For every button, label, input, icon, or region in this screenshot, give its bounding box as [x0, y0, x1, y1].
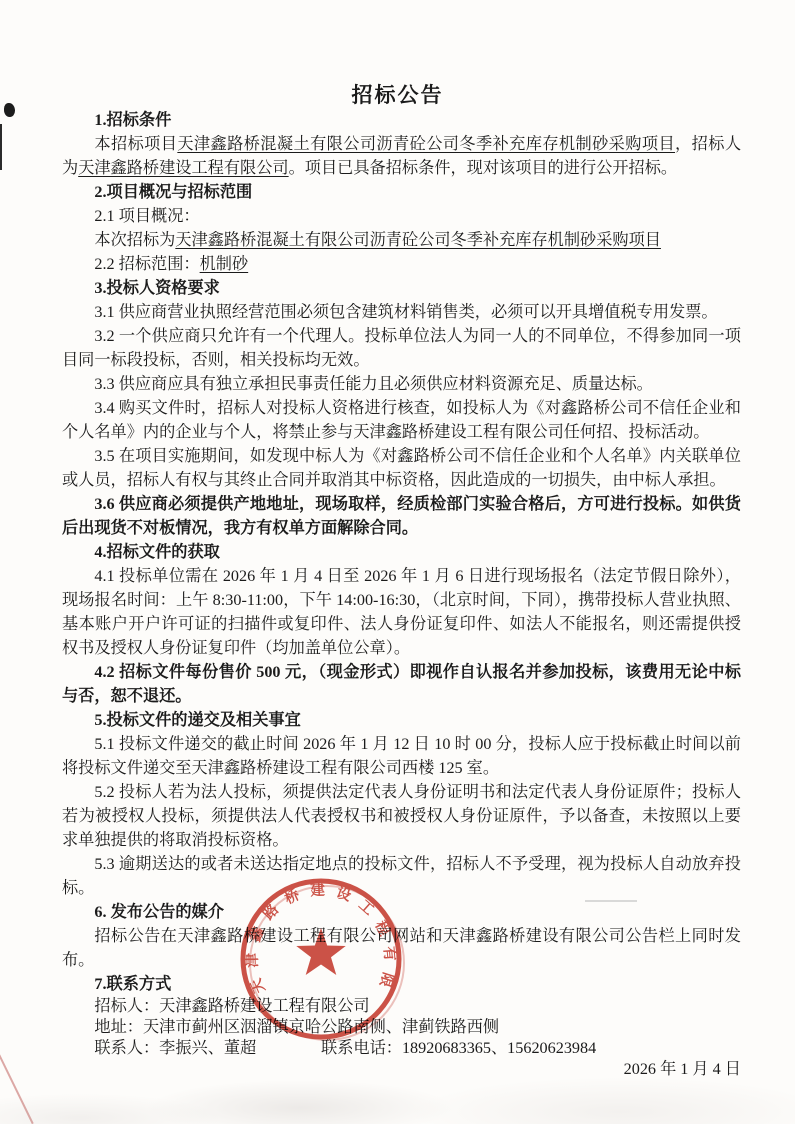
- heading-3: 3.投标人资格要求: [62, 276, 741, 300]
- scan-artifact-vertical-line: [0, 124, 2, 170]
- para-3-5: 3.5 在项目实施期间，如发现中标人为《对鑫路桥公司不信任企业和个人名单》内关联…: [62, 444, 741, 492]
- para-5-2: 5.2 投标人若为法人投标，须提供法定代表人身份证明书和法定代表人身份证原件；投…: [62, 780, 741, 852]
- para-5-3: 5.3 逾期送达的或者未送达指定地点的投标文件，招标人不予受理，视为投标人自动放…: [62, 852, 741, 900]
- contact-persons: 联系人：李振兴、董超 联系电话：18920683365、15620623984: [62, 1038, 741, 1059]
- para-3-2: 3.2 一个供应商只允许有一个代理人。投标单位法人为同一人的不同单位，不得参加同…: [62, 324, 741, 372]
- para-4-2: 4.2 招标文件每份售价 500 元，（现金形式）即视作自认报名并参加投标，该费…: [62, 660, 741, 708]
- document-body: 1.招标条件本招标项目天津鑫路桥混凝土有限公司沥青砼公司冬季补充库存机制砂采购项…: [62, 108, 741, 1080]
- para-3-4: 3.4 购买文件时，招标人对投标人资格进行核查，如投标人为《对鑫路桥公司不信任企…: [62, 396, 741, 444]
- heading-1: 1.招标条件: [62, 108, 741, 132]
- para-2-1-label: 2.1 项目概况：: [62, 204, 741, 228]
- heading-7: 7.联系方式: [62, 972, 741, 996]
- para-2-1-body: 本次招标为天津鑫路桥混凝土有限公司沥青砼公司冬季补充库存机制砂采购项目: [62, 228, 741, 252]
- contact-bidder: 招标人：天津鑫路桥建设工程有限公司: [62, 996, 741, 1017]
- para-3-3: 3.3 供应商应具有独立承担民事责任能力且必须供应材料资源充足、质量达标。: [62, 372, 741, 396]
- para-1-1: 本招标项目天津鑫路桥混凝土有限公司沥青砼公司冬季补充库存机制砂采购项目，招标人为…: [62, 132, 741, 180]
- page-title: 招标公告: [0, 82, 795, 108]
- para-2-2: 2.2 招标范围：机制砂: [62, 252, 741, 276]
- para-5-1: 5.1 投标文件递交的截止时间 2026 年 1 月 12 日 10 时 00 …: [62, 732, 741, 780]
- contact-address: 地址：天津市蓟州区洇溜镇京哈公路南侧、津蓟铁路西侧: [62, 1017, 741, 1038]
- para-3-1: 3.1 供应商营业执照经营范围必须包含建筑材料销售类，必须可以开具增值税专用发票…: [62, 300, 741, 324]
- heading-6: 6. 发布公告的媒介: [62, 900, 741, 924]
- para-4-1: 4.1 投标单位需在 2026 年 1 月 4 日至 2026 年 1 月 6 …: [62, 564, 741, 660]
- scanned-tender-notice-page: 招标公告 1.招标条件本招标项目天津鑫路桥混凝土有限公司沥青砼公司冬季补充库存机…: [0, 0, 795, 1124]
- heading-4: 4.招标文件的获取: [62, 540, 741, 564]
- scan-artifact-diagonal-line: [0, 1046, 34, 1124]
- date-line: 2026 年 1 月 4 日: [62, 1059, 741, 1080]
- heading-5: 5.投标文件的递交及相关事宜: [62, 708, 741, 732]
- para-6-1: 招标公告在天津鑫路桥建设工程有限公司网站和天津鑫路桥建设有限公司公告栏上同时发布…: [62, 924, 741, 972]
- heading-2: 2.项目概况与招标范围: [62, 180, 741, 204]
- para-3-6: 3.6 供应商必须提供产地地址，现场取样，经质检部门实验合格后，方可进行投标。如…: [62, 492, 741, 540]
